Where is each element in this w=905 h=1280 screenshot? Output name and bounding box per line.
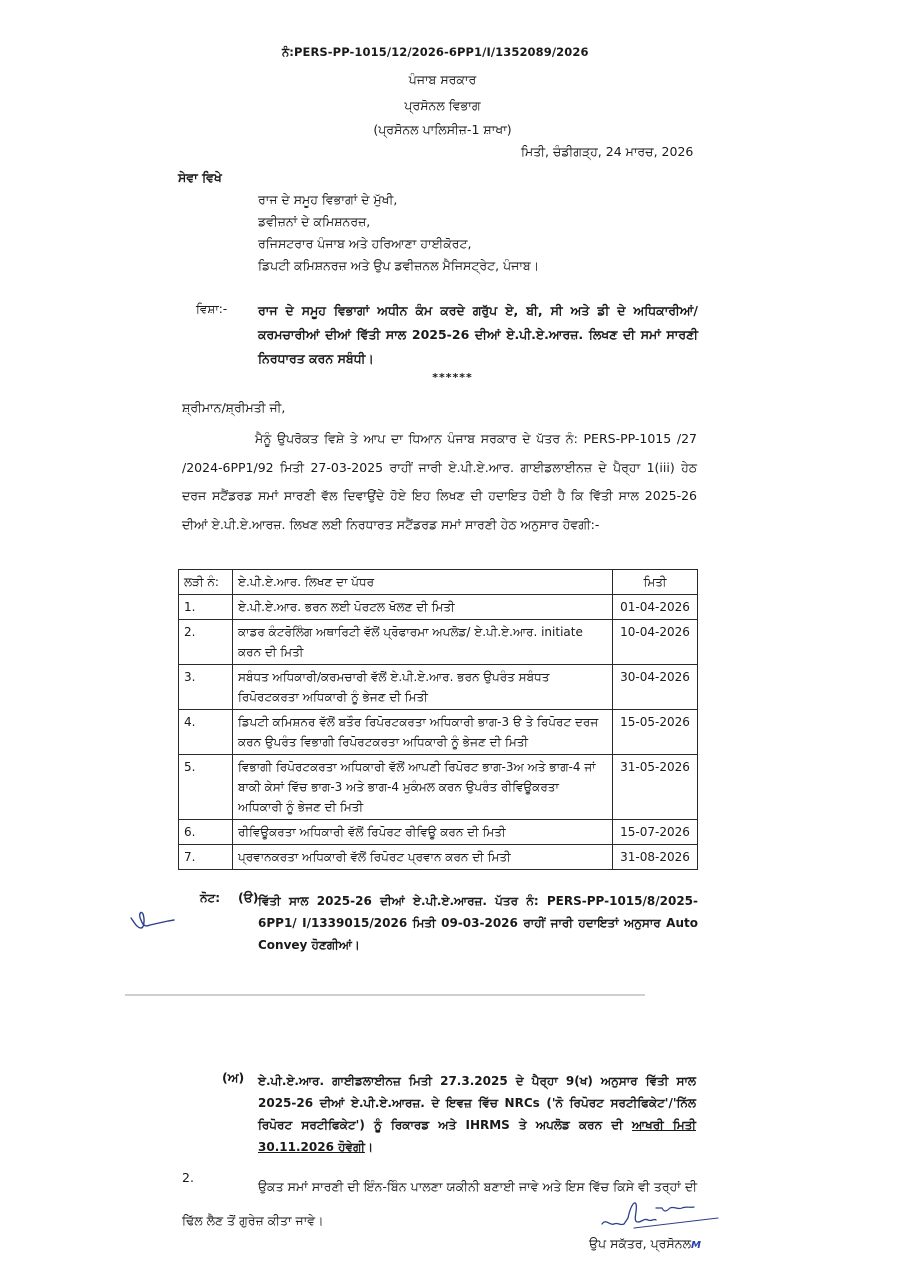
- cell-date: 31-08-2026: [613, 845, 698, 870]
- cell-stage: ਏ.ਪੀ.ਏ.ਆਰ. ਭਰਨ ਲਈ ਪੋਰਟਲ ਖੋਲਣ ਦੀ ਮਿਤੀ: [233, 595, 613, 620]
- addressee-line: ਰਾਜ ਦੇ ਸਮੂਹ ਵਿਭਾਗਾਂ ਦੇ ਮੁੱਖੀ,: [258, 192, 397, 208]
- note-b-marker: (ਅ): [222, 1070, 244, 1086]
- table-row: 7.ਪ੍ਰਵਾਨਕਰਤਾ ਅਧਿਕਾਰੀ ਵੱਲੋਂ ਰਿਪੋਰਟ ਪ੍ਰਵਾਨ…: [179, 845, 698, 870]
- table-row: 6.ਰੀਵਿਊਕਰਤਾ ਅਧਿਕਾਰੀ ਵੱਲੋਂ ਰਿਪੋਰਟ ਰੀਵਿਊ ਕ…: [179, 820, 698, 845]
- cell-date: 31-05-2026: [613, 755, 698, 820]
- cell-date: 10-04-2026: [613, 620, 698, 665]
- addressee-label: ਸੇਵਾ ਵਿਖੇ: [178, 170, 222, 186]
- cell-stage: ਡਿਪਟੀ ਕਮਿਸ਼ਨਰ ਵੱਲੋਂ ਬਤੌਰ ਰਿਪੋਰਟਕਰਤਾ ਅਧਿਕ…: [233, 710, 613, 755]
- cell-serial-no: 3.: [179, 665, 233, 710]
- header-serial-no: ਲੜੀ ਨੰ:: [179, 570, 233, 595]
- cell-stage: ਕਾਡਰ ਕੰਟਰੋਲਿੰਗ ਅਥਾਰਿਟੀ ਵੱਲੋਂ ਪ੍ਰੋਫਾਰਮਾ ਅ…: [233, 620, 613, 665]
- note-b-end: ।: [365, 1140, 373, 1154]
- header-stage: ਏ.ਪੀ.ਏ.ਆਰ. ਲਿਖਣ ਦਾ ਪੱਧਰ: [233, 570, 613, 595]
- designation-text: ਉਪ ਸਕੱਤਰ, ਪ੍ਰਸੋਨਲ: [589, 1236, 691, 1251]
- table-row: 3.ਸਬੰਧਤ ਅਧਿਕਾਰੀ/ਕਰਮਚਾਰੀ ਵੱਲੋਂ ਏ.ਪੀ.ਏ.ਆਰ.…: [179, 665, 698, 710]
- subject-text: ਰਾਜ ਦੇ ਸਮੂਹ ਵਿਭਾਗਾਂ ਅਧੀਨ ਕੰਮ ਕਰਦੇ ਗਰੁੱਪ …: [258, 299, 698, 371]
- cell-stage: ਸਬੰਧਤ ਅਧਿਕਾਰੀ/ਕਰਮਚਾਰੀ ਵੱਲੋਂ ਏ.ਪੀ.ਏ.ਆਰ. ਭ…: [233, 665, 613, 710]
- page-divider: [125, 994, 645, 996]
- initial-mark: M: [691, 1240, 701, 1251]
- cell-date: 01-04-2026: [613, 595, 698, 620]
- salutation: ਸ਼੍ਰੀਮਾਨ/ਸ਼੍ਰੀਮਤੀ ਜੀ,: [182, 400, 285, 416]
- table-row: 5.ਵਿਭਾਗੀ ਰਿਪੋਰਟਕਰਤਾ ਅਧਿਕਾਰੀ ਵੱਲੋਂ ਆਪਣੀ ਰ…: [179, 755, 698, 820]
- cell-serial-no: 5.: [179, 755, 233, 820]
- cell-date: 15-05-2026: [613, 710, 698, 755]
- note-a-text: ਵਿੱਤੀ ਸਾਲ 2025-26 ਦੀਆਂ ਏ.ਪੀ.ਏ.ਆਰਜ਼. ਪੱਤਰ…: [258, 890, 698, 956]
- addressee-line: ਡਵੀਜ਼ਨਾਂ ਦੇ ਕਮਿਸ਼ਨਰਜ਼,: [258, 214, 370, 230]
- cell-serial-no: 2.: [179, 620, 233, 665]
- cell-stage: ਪ੍ਰਵਾਨਕਰਤਾ ਅਧਿਕਾਰੀ ਵੱਲੋਂ ਰਿਪੋਰਟ ਪ੍ਰਵਾਨ ਕ…: [233, 845, 613, 870]
- cell-date: 15-07-2026: [613, 820, 698, 845]
- cell-date: 30-04-2026: [613, 665, 698, 710]
- table-row: 1.ਏ.ਪੀ.ਏ.ਆਰ. ਭਰਨ ਲਈ ਪੋਰਟਲ ਖੋਲਣ ਦੀ ਮਿਤੀ01…: [179, 595, 698, 620]
- cell-serial-no: 1.: [179, 595, 233, 620]
- department-name: ਪ੍ਰਸੋਨਲ ਵਿਭਾਗ: [0, 98, 895, 114]
- separator-stars: ******: [0, 371, 905, 384]
- signatory-designation: ਉਪ ਸਕੱਤਰ, ਪ੍ਰਸੋਨਲM: [589, 1236, 701, 1252]
- addressee-line: ਡਿਪਟੀ ਕਮਿਸ਼ਨਰਜ਼ ਅਤੇ ਉਪ ਡਵੀਜ਼ਨਲ ਮੈਜਿਸਟ੍ਰੇ…: [258, 258, 539, 274]
- schedule-table: ਲੜੀ ਨੰ: ਏ.ਪੀ.ਏ.ਆਰ. ਲਿਖਣ ਦਾ ਪੱਧਰ ਮਿਤੀ 1.ਏ…: [178, 569, 698, 870]
- header-date: ਮਿਤੀ: [613, 570, 698, 595]
- note-a-marker: (ੳ): [238, 890, 259, 906]
- table-row: 4.ਡਿਪਟੀ ਕਮਿਸ਼ਨਰ ਵੱਲੋਂ ਬਤੌਰ ਰਿਪੋਰਟਕਰਤਾ ਅਧ…: [179, 710, 698, 755]
- government-name: ਪੰਜਾਬ ਸਰਕਾਰ: [0, 72, 895, 88]
- note-label: ਨੋਟ:: [200, 891, 220, 906]
- note-b-text: ਏ.ਪੀ.ਏ.ਆਰ. ਗਾਈਡਲਾਈਨਜ਼ ਮਿਤੀ 27.3.2025 ਦੇ …: [258, 1070, 696, 1158]
- addressee-line: ਰਜਿਸਟਰਾਰ ਪੰਜਾਬ ਅਤੇ ਹਰਿਆਣਾ ਹਾਈਕੋਰਟ,: [258, 236, 471, 252]
- note-b-text-main: ਏ.ਪੀ.ਏ.ਆਰ. ਗਾਈਡਲਾਈਨਜ਼ ਮਿਤੀ 27.3.2025 ਦੇ …: [258, 1074, 696, 1132]
- dateline: ਮਿਤੀ, ਚੰਡੀਗੜ੍ਹ, 24 ਮਾਰਚ, 2026: [521, 144, 693, 160]
- cell-stage: ਵਿਭਾਗੀ ਰਿਪੋਰਟਕਰਤਾ ਅਧਿਕਾਰੀ ਵੱਲੋਂ ਆਪਣੀ ਰਿਪ…: [233, 755, 613, 820]
- table-row: 2.ਕਾਡਰ ਕੰਟਰੋਲਿੰਗ ਅਥਾਰਿਟੀ ਵੱਲੋਂ ਪ੍ਰੋਫਾਰਮਾ…: [179, 620, 698, 665]
- cell-serial-no: 6.: [179, 820, 233, 845]
- cell-serial-no: 4.: [179, 710, 233, 755]
- cell-serial-no: 7.: [179, 845, 233, 870]
- branch-name: (ਪ੍ਰਸੋਨਲ ਪਾਲਿਸੀਜ਼-1 ਸ਼ਾਖਾ): [0, 122, 895, 138]
- table-header-row: ਲੜੀ ਨੰ: ਏ.ਪੀ.ਏ.ਆਰ. ਲਿਖਣ ਦਾ ਪੱਧਰ ਮਿਤੀ: [179, 570, 698, 595]
- handwritten-initials-icon: [128, 908, 186, 942]
- paragraph-1: ਮੈਨੂੰ ਉਪਰੋਕਤ ਵਿਸ਼ੇ ਤੇ ਆਪ ਦਾ ਧਿਆਨ ਪੰਜਾਬ ਸ…: [182, 425, 697, 539]
- reference-number: ਨੰ:PERS-PP-1015/12/2026-6PP1/I/1352089/2…: [282, 45, 589, 60]
- cell-stage: ਰੀਵਿਊਕਰਤਾ ਅਧਿਕਾਰੀ ਵੱਲੋਂ ਰਿਪੋਰਟ ਰੀਵਿਊ ਕਰਨ…: [233, 820, 613, 845]
- subject-label: ਵਿਸ਼ਾ:-: [196, 302, 227, 317]
